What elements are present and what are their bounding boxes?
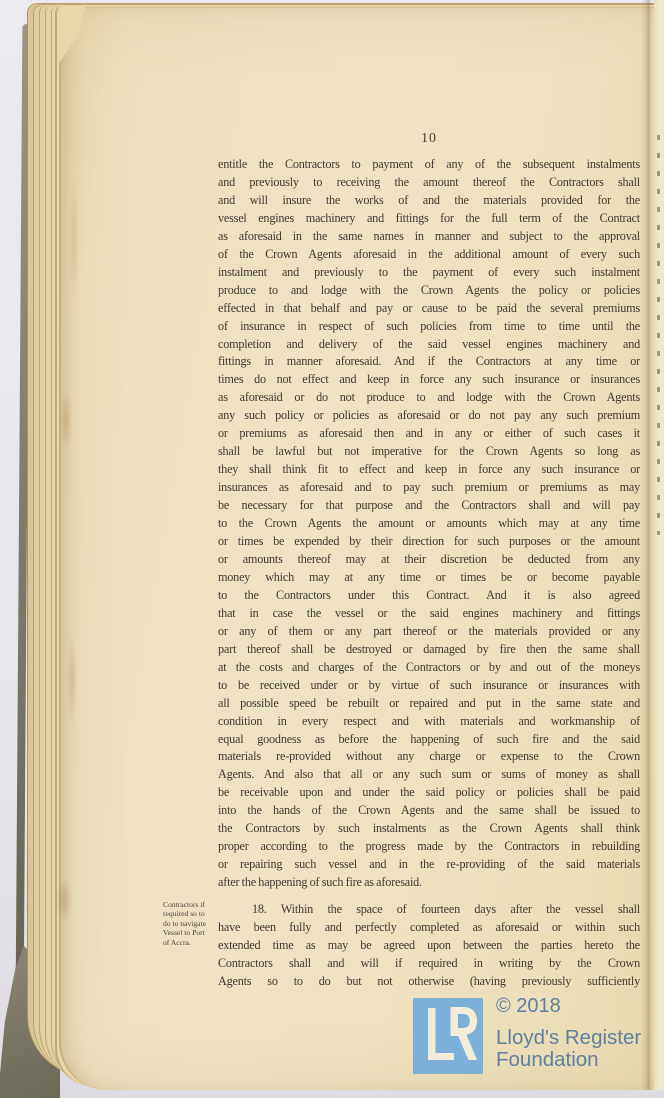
text-line: be necessary for that purpose and the Co… [218,497,640,515]
text-line: to the Contractors under this Contract. … [218,587,640,605]
text-line: or times be expended by their direction … [218,533,640,551]
text-line: or any of them or any part thereof or th… [218,623,640,641]
watermark-org-line2: Foundation [496,1049,641,1071]
text-line: to be received under or by virtue of suc… [218,677,640,695]
text-line: equal goodness as before the happening o… [218,731,640,749]
text-line: as aforesaid in the same names in manner… [218,228,640,246]
text-line: produce to and lodge with the Crown Agen… [218,282,640,300]
text-line: any such policy or policies as aforesaid… [218,407,640,425]
text-line: after the happening of such fire as afor… [218,874,640,892]
page-right-crease [641,0,654,1090]
text-line: to the Crown Agents the amount or amount… [218,515,640,533]
text-line: do to navigate [163,919,220,928]
text-line: proper according to the progress made by… [218,838,640,856]
book-scan: 10 entitle the Contractors to payment of… [0,0,664,1098]
page-number: 10 [218,131,640,147]
text-line: 18. Within the space of fourteen days af… [218,901,640,919]
text-line: at the costs and charges of the Contract… [218,659,640,677]
text-line: insurances as aforesaid and to pay such … [218,479,640,497]
text-line: or premiums as aforesaid then and in any… [218,425,640,443]
text-line: be receivable upon and under the said po… [218,784,640,802]
text-line: instalment and previously to the payment… [218,264,640,282]
text-line: or amounts thereof may at their discreti… [218,551,640,569]
text-line: entitle the Contractors to payment of an… [218,156,640,174]
text-line: of Accra. [163,938,220,947]
text-line: times do not effect and keep in force an… [218,371,640,389]
text-line: effected in that behalf and pay or cause… [218,300,640,318]
text-line: have been fully and perfectly completed … [218,919,640,937]
text-line: or repairing such vessel and in the re-p… [218,856,640,874]
main-paragraph: entitle the Contractors to payment of an… [218,156,640,892]
text-line: Agents so to do but not otherwise (havin… [218,973,640,991]
text-line: Vessel to Port [163,928,220,937]
text-line: the Contractors by such instalments as t… [218,820,640,838]
text-line: money which may at any time or times be … [218,569,640,587]
text-line: Contractors if [163,900,220,909]
text-line: all possible speed be rebuilt or repaire… [218,695,640,713]
watermark-organization: Lloyd's Register Foundation [496,1027,641,1070]
text-line: shall be lawful but not imperative for t… [218,443,640,461]
text-line: and will insure the works of and the mat… [218,192,640,210]
watermark-copyright: © 2018 [496,995,561,1018]
watermark-org-line1: Lloyd's Register [496,1027,641,1049]
text-line: required so to [163,909,220,918]
text-line: as aforesaid or do not produce to and lo… [218,389,640,407]
text-line: into the hands of the Crown Agents and t… [218,802,640,820]
margin-note: Contractors ifrequired so todo to naviga… [163,900,220,947]
text-line: Contractors shall and will if required i… [218,955,640,973]
text-line: of insurance in respect of such policies… [218,318,640,336]
text-line: part thereof shall be destroyed or damag… [218,641,640,659]
lloyds-register-logo-icon [413,998,483,1074]
text-line: materials re-provided without any charge… [218,748,640,766]
clause-18-paragraph: 18. Within the space of fourteen days af… [218,901,640,991]
text-line: that in case the vessel or the said engi… [218,605,640,623]
text-line: and previously to receiving the amount t… [218,174,640,192]
text-line: fittings in manner aforesaid. And if the… [218,353,640,371]
next-page-text-peek [657,135,660,535]
text-line: of the Crown Agents aforesaid in the add… [218,246,640,264]
text-line: completion and delivery of the said vess… [218,336,640,354]
text-line: vessel engines machinery and fittings fo… [218,210,640,228]
text-line: they shall think fit to effect and keep … [218,461,640,479]
text-line: Agents. And also that all or any such su… [218,766,640,784]
text-line: condition in every respect and with mate… [218,713,640,731]
text-line: extended time as may be agreed upon betw… [218,937,640,955]
